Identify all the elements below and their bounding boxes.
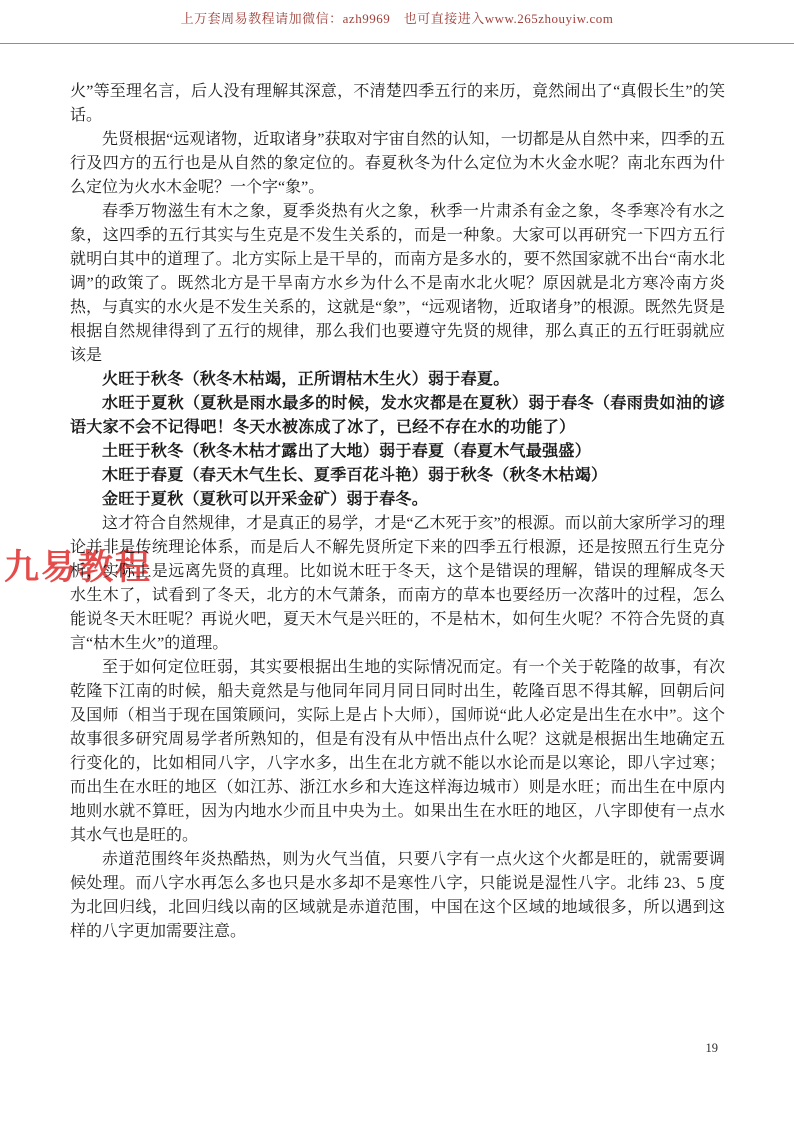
body-paragraph: 先贤根据“远观诸物，近取诸身”获取对宇宙自然的认知，一切都是从自然中来，四季的五… — [70, 128, 725, 200]
body-paragraph: 火”等至理名言，后人没有理解其深意，不清楚四季五行的来历，竟然闹出了“真假长生”… — [70, 80, 725, 128]
emphasis-paragraph: 火旺于秋冬（秋冬木枯竭，正所谓枯木生火）弱于春夏。 — [70, 368, 725, 392]
page-number: 19 — [706, 1041, 719, 1056]
body-paragraph: 这才符合自然规律，才是真正的易学，才是“乙木死于亥”的根源。而以前大家所学习的理… — [70, 512, 725, 656]
header-promo-text: 上万套周易教程请加微信：azh9969 也可直接进入www.265zhouyiw… — [0, 8, 794, 27]
emphasis-paragraph: 水旺于夏秋（夏秋是雨水最多的时候，发水灾都是在夏秋）弱于春冬（春雨贵如油的谚语大… — [70, 392, 725, 440]
emphasis-paragraph: 金旺于夏秋（夏秋可以开采金矿）弱于春冬。 — [70, 488, 725, 512]
document-body: 火”等至理名言，后人没有理解其深意，不清楚四季五行的来历，竟然闹出了“真假长生”… — [70, 80, 725, 944]
emphasis-paragraph: 土旺于秋冬（秋冬木枯才露出了大地）弱于春夏（春夏木气最强盛） — [70, 440, 725, 464]
body-paragraph: 至于如何定位旺弱，其实要根据出生地的实际情况而定。有一个关于乾隆的故事，有次乾隆… — [70, 656, 725, 848]
body-paragraph: 春季万物滋生有木之象，夏季炎热有火之象，秋季一片肃杀有金之象，冬季寒冷有水之象，… — [70, 200, 725, 368]
body-paragraph: 赤道范围终年炎热酷热，则为火气当值，只要八字有一点火这个火都是旺的，就需要调候处… — [70, 848, 725, 944]
emphasis-paragraph: 木旺于春夏（春天木气生长、夏季百花斗艳）弱于秋冬（秋冬木枯竭） — [70, 464, 725, 488]
document-page: 上万套周易教程请加微信：azh9969 也可直接进入www.265zhouyiw… — [0, 0, 794, 1123]
header-divider — [0, 43, 794, 44]
